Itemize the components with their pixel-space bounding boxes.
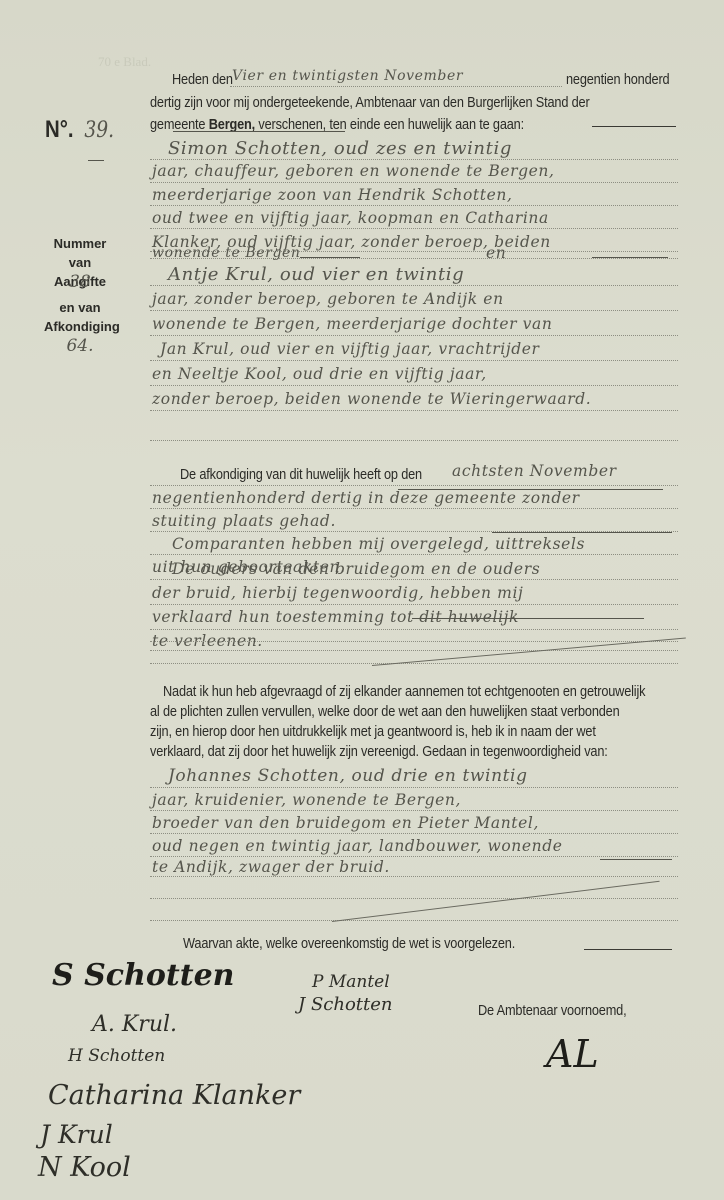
declaration-line-2: al de plichten zullen vervullen, welke d… <box>150 704 620 720</box>
bride-line-1: Antje Krul, oud vier en twintig <box>168 264 464 285</box>
conjunction-en: en <box>486 244 506 262</box>
ruled-line <box>150 810 678 811</box>
publication-line-2: stuiting plaats gehad. <box>152 512 336 530</box>
signature-witness-2: J Schotten <box>298 994 393 1015</box>
signature-official: AL <box>546 1032 599 1076</box>
documents-line-1: Comparanten hebben mij overgelegd, uittr… <box>172 535 585 553</box>
signature-groom-mother: Catharina Klanker <box>48 1080 300 1111</box>
ruled-line <box>150 920 678 921</box>
aangifte-number: 38 <box>44 272 116 292</box>
ruled-line <box>150 508 678 509</box>
record-number-value: 39. <box>84 118 114 143</box>
ruled-line <box>150 485 678 486</box>
closing-end-rule <box>584 949 672 950</box>
record-number-underline <box>88 160 104 161</box>
intro-prefix: Heden den <box>172 72 233 88</box>
signature-bride: A. Krul. <box>92 1012 177 1037</box>
ruled-line <box>150 856 678 857</box>
declaration-line-4: verklaard, dat zij door het huwelijk zij… <box>150 744 608 760</box>
signature-witness-1: P Mantel <box>312 972 390 992</box>
publication-prefix: De afkondiging van dit huwelijk heeft op… <box>180 467 422 483</box>
intro-line-1-suffix: negentien honderd <box>566 72 669 88</box>
aangifte-label-line1: Nummer van <box>44 234 116 272</box>
signature-groom: S Schotten <box>52 958 234 993</box>
bride-line-6: zonder beroep, beiden wonende te Wiering… <box>152 390 591 408</box>
bride-line-2: jaar, zonder beroep, geboren te Andijk e… <box>152 290 504 308</box>
en-end-rule <box>592 257 668 258</box>
ruled-line <box>150 159 678 160</box>
declaration-line-1: Nadat ik hun heb afgevraagd of zij elkan… <box>163 684 645 700</box>
consent-line-1: De ouders van den bruidegom en de ouders <box>172 560 540 578</box>
afkondiging-label-line1: en van <box>44 298 116 317</box>
ruled-line <box>150 898 678 899</box>
ruled-line <box>150 310 678 311</box>
ruled-line <box>150 604 678 605</box>
groom-line-1: Simon Schotten, oud zes en twintig <box>168 138 512 159</box>
ruled-line <box>150 876 678 877</box>
signature-bride-mother: N Kool <box>38 1152 131 1183</box>
groom-name-underline <box>173 131 345 132</box>
ruled-line <box>150 182 678 183</box>
witness-end-rule <box>600 859 672 860</box>
publication-end-rule <box>398 489 663 490</box>
consent-line-2: der bruid, hierbij tegenwoordig, hebben … <box>152 584 523 602</box>
ruled-line <box>150 360 678 361</box>
ruled-line <box>150 335 678 336</box>
ruled-line <box>150 833 678 834</box>
ruled-line <box>150 629 678 630</box>
record-number: N°. 39. <box>45 116 114 144</box>
date-fill-line <box>230 86 562 87</box>
strike-through-line <box>332 881 660 923</box>
groom-line-3: meerderjarige zoon van Hendrik Schotten, <box>152 186 512 204</box>
ruled-line <box>150 385 678 386</box>
consent-line-3: verklaard hun toestemming tot dit huweli… <box>152 608 519 626</box>
publication-line-1: negentienhonderd dertig in deze gemeente… <box>152 489 580 507</box>
ruled-line <box>150 650 678 651</box>
ruled-line <box>150 285 678 286</box>
ruled-line <box>150 787 678 788</box>
witness-line-2: jaar, kruidenier, wonende te Bergen, <box>152 791 461 809</box>
ruled-line <box>150 205 678 206</box>
ruled-line <box>150 440 678 441</box>
witness-line-4: oud negen en twintig jaar, landbouwer, w… <box>152 837 563 855</box>
afkondiging-number: 64. <box>44 336 116 356</box>
ruled-line <box>150 641 678 642</box>
marriage-certificate-page: 70 e Blad. N°. 39. Nummer van Aangifte 3… <box>0 0 724 1200</box>
signature-groom-father: H Schotten <box>68 1046 165 1066</box>
consent-end-rule <box>412 618 644 619</box>
groom-line-4: oud twee en vijftig jaar, koopman en Cat… <box>152 209 549 227</box>
bride-line-5: en Neeltje Kool, oud drie en vijftig jaa… <box>152 365 487 383</box>
witness-line-5: te Andijk, zwager der bruid. <box>152 858 390 876</box>
signature-bride-father: J Krul <box>40 1120 113 1149</box>
groom-line-6: wonende te Bergen <box>152 245 301 261</box>
marriage-date-handwritten: Vier en twintigsten November <box>232 68 463 84</box>
intro-line-1: Heden den <box>172 72 233 88</box>
publication-date-handwritten: achtsten November <box>452 462 617 480</box>
afkondiging-label-line2: Afkondiging <box>44 317 116 336</box>
groom-line-2: jaar, chauffeur, geboren en wonende te B… <box>152 162 555 180</box>
closing-statement: Waarvan akte, welke overeenkomstig de we… <box>183 936 515 952</box>
documents-end-rule <box>492 532 672 533</box>
ruled-line <box>150 554 678 555</box>
bride-line-4: Jan Krul, oud vier en vijftig jaar, vrac… <box>160 340 540 358</box>
bleed-through-header: 70 e Blad. <box>98 54 151 70</box>
intro-line-2: dertig zijn voor mij ondergeteekende, Am… <box>150 95 590 111</box>
afkondiging-label: en van Afkondiging <box>44 298 116 336</box>
witness-line-1: Johannes Schotten, oud drie en twintig <box>168 766 528 786</box>
ruled-line <box>150 410 678 411</box>
bride-line-3: wonende te Bergen, meerderjarige dochter… <box>152 315 552 333</box>
official-label: De Ambtenaar voornoemd, <box>478 1003 626 1019</box>
ruled-line <box>150 663 678 664</box>
ruled-line <box>150 579 678 580</box>
witness-line-3: broeder van den bruidegom en Pieter Mant… <box>152 814 539 832</box>
record-number-label: N°. <box>45 116 74 143</box>
declaration-line-3: zijn, en hierop door hen uitdrukkelijk m… <box>150 724 596 740</box>
ruled-line <box>150 228 678 229</box>
intro-end-rule <box>592 126 676 127</box>
groom-end-rule <box>300 257 360 258</box>
